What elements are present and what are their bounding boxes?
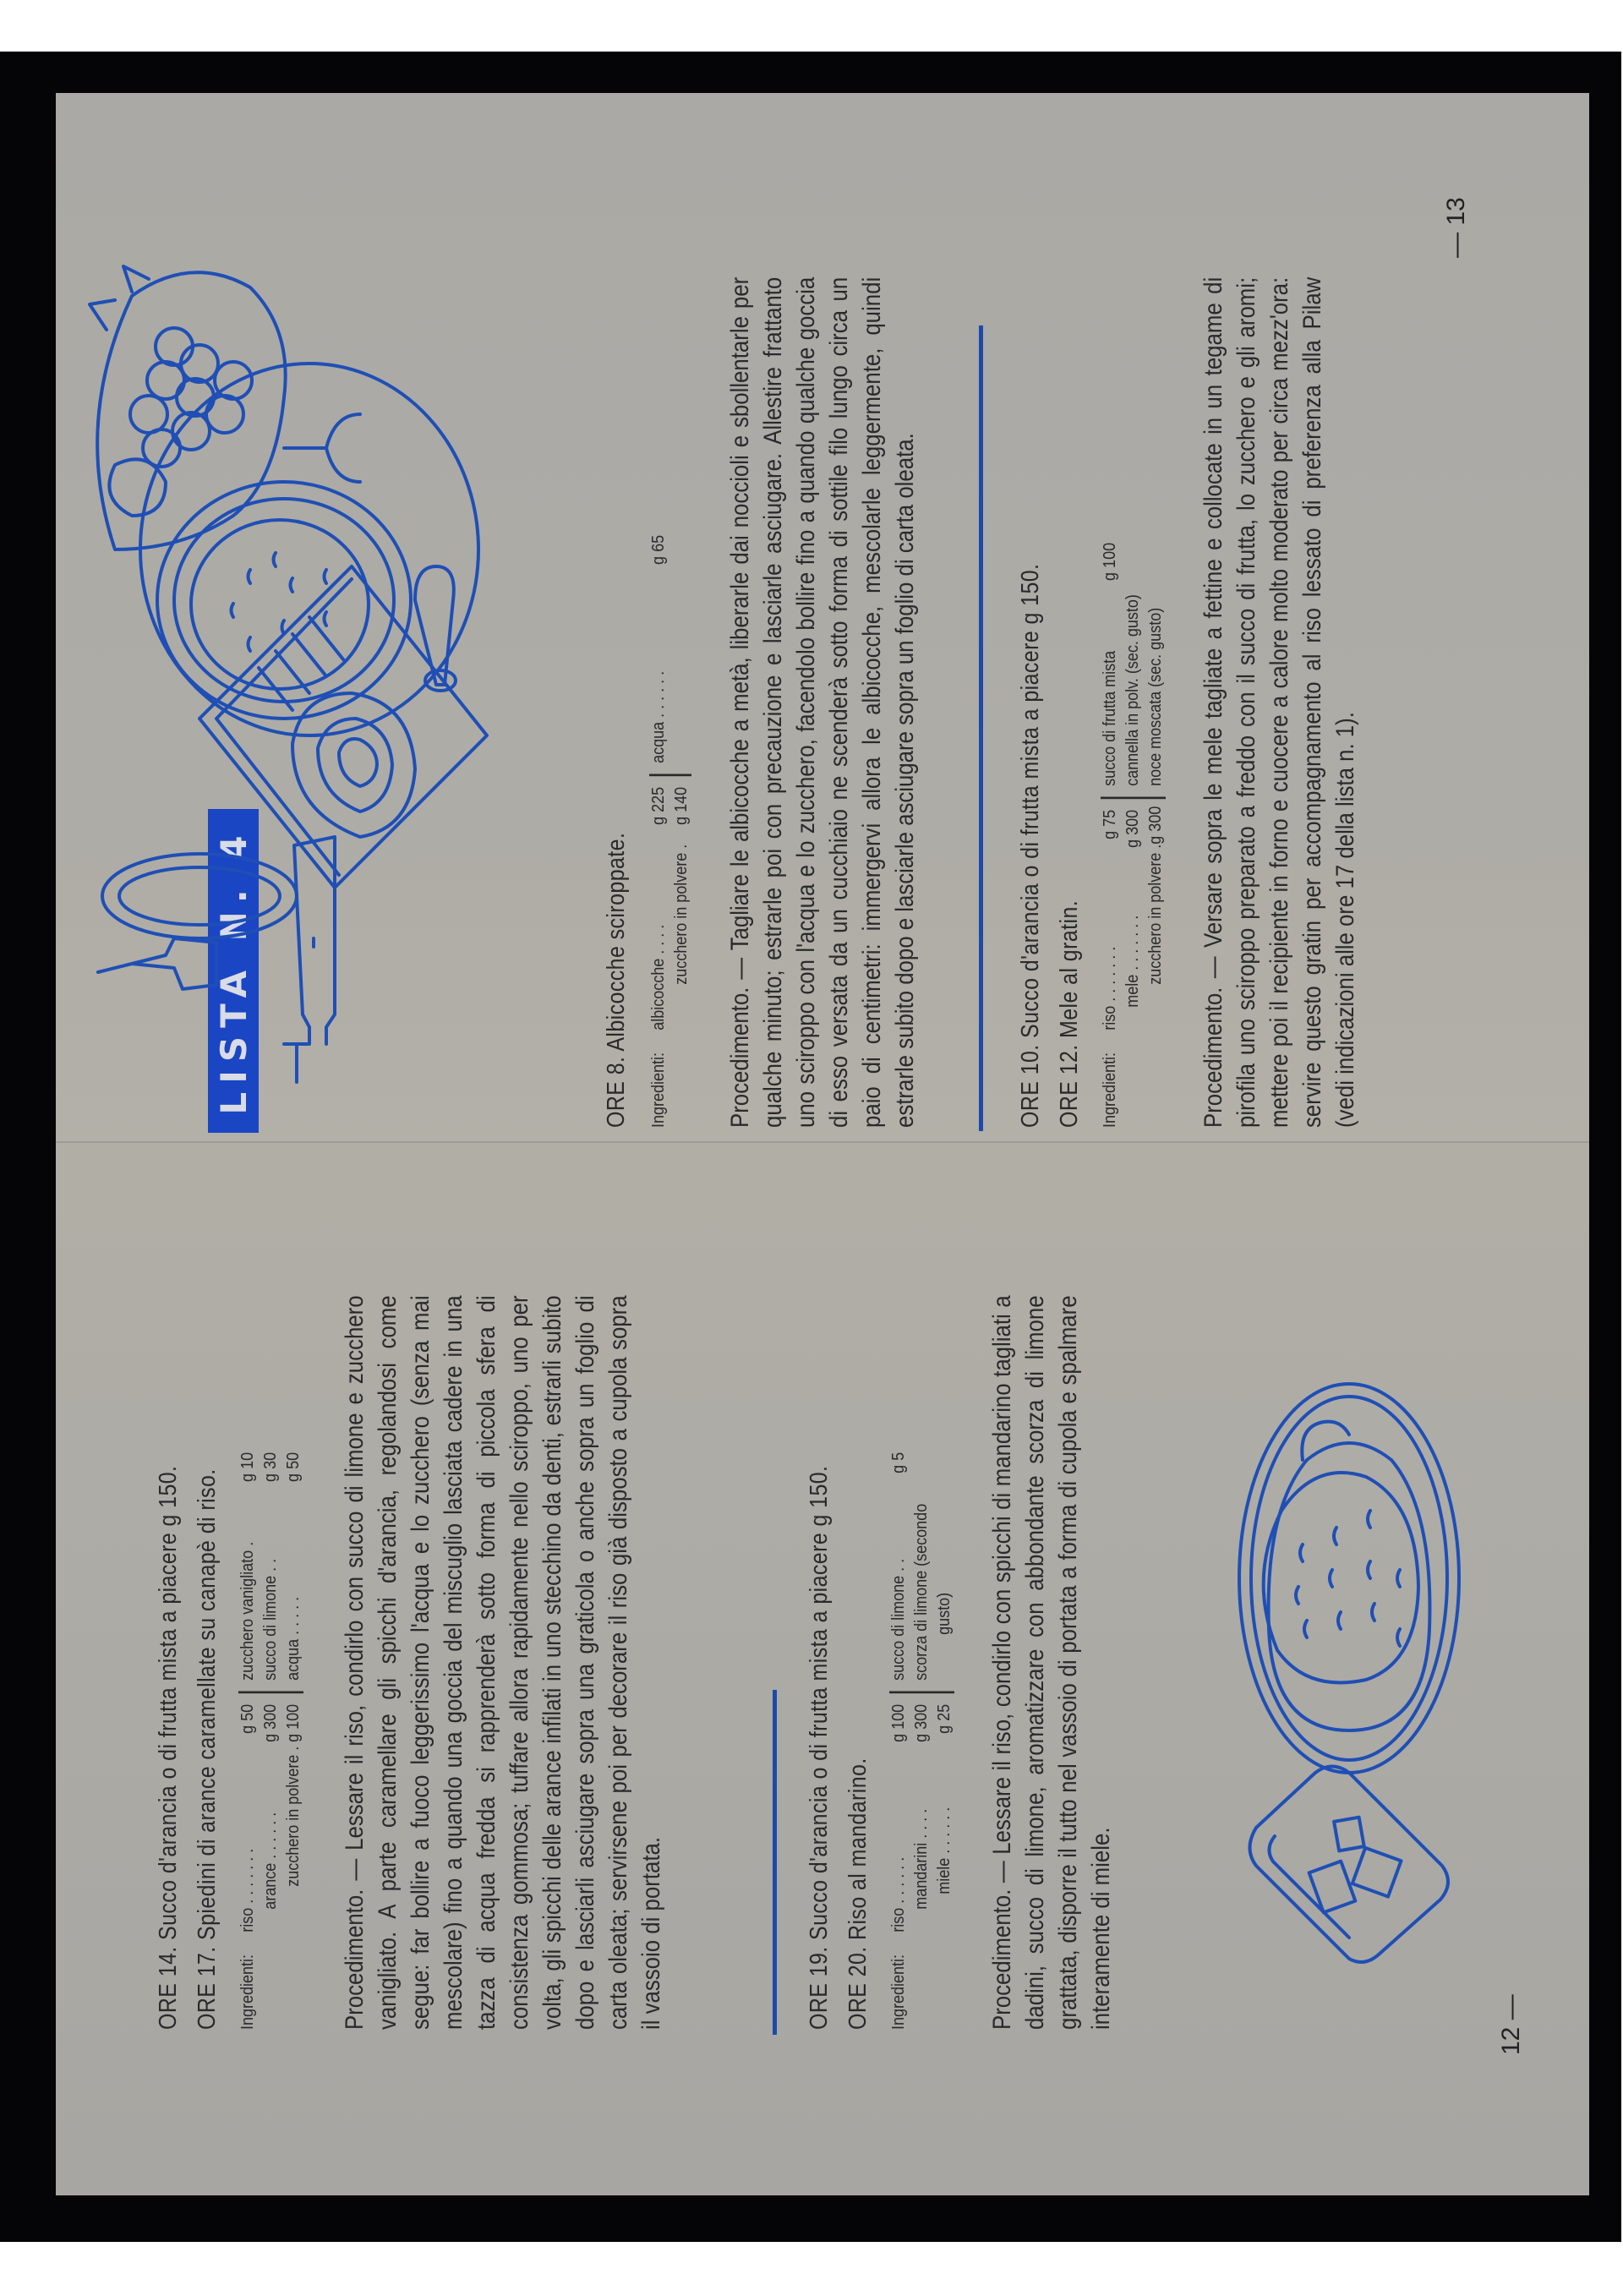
- ingredient-name: mele . . . . . . .: [1122, 916, 1145, 1008]
- ingredients-ore-20: Ingredienti: riso . . . . . .g 100 manda…: [888, 1452, 956, 2030]
- ingredient-name: zucchero in polvere .: [670, 845, 693, 985]
- ingredient-qty: g 30: [260, 1452, 282, 1482]
- procedure-ore-20: Procedimento. — Lessare il riso, condirl…: [986, 1295, 1118, 2030]
- ingredient-name: albicocche . . . .: [648, 925, 670, 1030]
- heading-ore-20: ORE 20. Riso al mandarino.: [839, 1758, 877, 2030]
- ingredient-name: succo di limone . .: [260, 1559, 282, 1681]
- page-number-12: 12 —: [1497, 1994, 1526, 2055]
- ingredients-ore-17: Ingredienti: riso . . . . . . .g 50 aran…: [237, 1452, 305, 2030]
- ingredient-qty: g 300: [1145, 806, 1167, 845]
- procedure-ore-17: Procedimento. — Lessare il riso, condirl…: [338, 1295, 668, 2030]
- ingredient-qty: g 100: [1099, 543, 1122, 581]
- ingredient-name: cannella in polv. (sec. gusto): [1123, 594, 1142, 786]
- heading-ore-10: ORE 10. Succo d'arancia o di frutta mist…: [1011, 564, 1050, 1128]
- ingredients-label: Ingredienti:: [888, 1932, 956, 2030]
- ingredient-qty: g 75: [1099, 810, 1122, 839]
- ingredient-name: riso . . . . . . .: [237, 1849, 260, 1932]
- ingredient-qty: g 5: [888, 1452, 910, 1473]
- ingredient-qty: g 300: [910, 1704, 933, 1742]
- ingredients-label: Ingredienti:: [648, 1030, 693, 1128]
- ingredient-name: riso . . . . . . .: [1099, 947, 1122, 1030]
- ingredient-name: noce moscata (sec. gusto): [1146, 608, 1165, 786]
- table-setting-illustration: [81, 245, 555, 1091]
- ingredients-ore-8: Ingredienti: albicocche . . . .g 225 zuc…: [648, 535, 693, 1128]
- ingredient-qty: g 50: [237, 1704, 260, 1734]
- ingredients-divider: [889, 1692, 954, 1694]
- ingredients-label: Ingredienti:: [237, 1932, 305, 2030]
- ingredient-qty: g 225: [648, 787, 670, 825]
- ingredient-name: zucchero vanigliato .: [237, 1542, 260, 1681]
- ingredient-name: zucchero in polvere .: [282, 1747, 305, 1887]
- ingredient-qty: g 140: [670, 787, 693, 825]
- page-number-13: — 13: [1442, 197, 1471, 258]
- ingredient-name: miele . . . . . .: [933, 1807, 956, 1894]
- ingredient-qty: g 100: [888, 1704, 910, 1742]
- ingredient-qty: g 300: [260, 1704, 282, 1742]
- ingredient-qty: g 10: [237, 1452, 260, 1482]
- ingredient-qty: g 25: [933, 1704, 956, 1734]
- heading-ore-17: ORE 17. Spiedini di arance caramellate s…: [188, 1468, 227, 2030]
- ingredient-name: scorza di limone (secondo: [912, 1504, 931, 1681]
- ingredients-divider: [238, 1692, 303, 1694]
- ingredient-name: acqua . . . . . .: [648, 671, 670, 763]
- heading-ore-8: ORE 8. Albicocche sciroppate.: [597, 833, 636, 1128]
- heading-ore-14: ORE 14. Succo d'arancia o di frutta mist…: [149, 1466, 188, 2030]
- ingredients-divider: [1101, 797, 1166, 800]
- ingredient-name: riso . . . . . .: [888, 1857, 910, 1932]
- procedure-ore-12: Procedimento. — Versare sopra le mele ta…: [1197, 277, 1362, 1128]
- ingredient-qty: g 65: [648, 535, 670, 565]
- ingredient-qty: g 300: [1122, 810, 1145, 848]
- rice-dish-illustration: [1222, 1375, 1476, 1984]
- page-12: ORE 14. Succo d'arancia o di frutta mist…: [56, 1141, 1589, 2195]
- heading-ore-12: ORE 12. Mele al gratin.: [1050, 900, 1089, 1128]
- ingredient-qty: g 50: [282, 1452, 305, 1482]
- ingredient-name: acqua . . . . .: [282, 1597, 305, 1681]
- ingredient-name: mandarini . . . .: [910, 1809, 933, 1910]
- ingredients-divider: [649, 774, 691, 777]
- ingredients-label: Ingredienti:: [1099, 1030, 1167, 1128]
- heading-ore-19: ORE 19. Succo d'arancia o di frutta mist…: [800, 1466, 839, 2030]
- ingredient-name: arance . . . . . .: [260, 1812, 282, 1910]
- ingredient-name: gusto): [935, 1593, 954, 1635]
- booklet-spread: ORE 14. Succo d'arancia o di frutta mist…: [56, 93, 1589, 2195]
- procedure-ore-8: Procedimento. — Tagliare le albicocche a…: [724, 277, 921, 1128]
- ingredient-name: succo di frutta mista: [1099, 651, 1122, 786]
- section-divider: [773, 1690, 777, 2035]
- ingredient-name: zucchero in polvere .: [1145, 845, 1167, 985]
- ingredients-ore-12: Ingredienti: riso . . . . . . .g 75 mele…: [1099, 543, 1167, 1128]
- section-divider: [979, 325, 983, 1131]
- ingredient-name: succo di limone . .: [888, 1559, 910, 1681]
- ingredient-qty: g 100: [282, 1704, 305, 1742]
- page-13: LISTA N. 4: [56, 93, 1589, 1141]
